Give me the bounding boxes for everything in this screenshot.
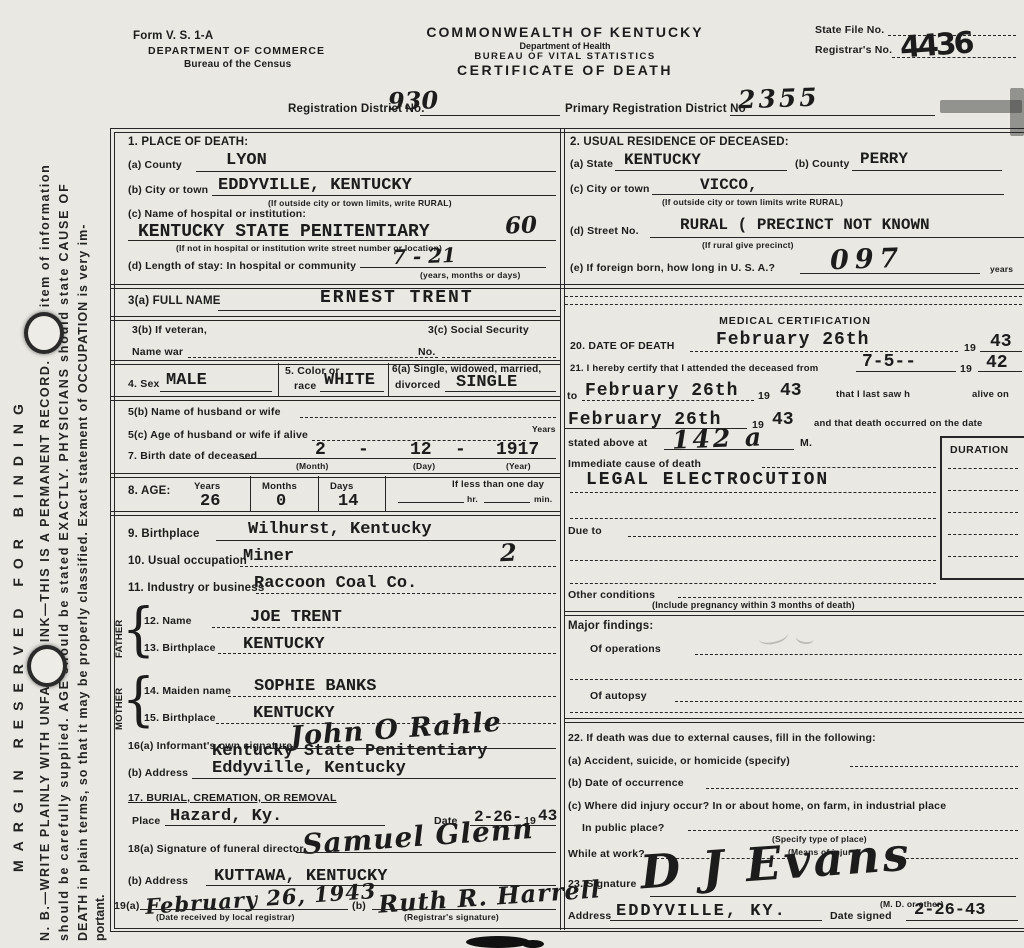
injury-where-label: (c) Where did injury occur? In or about …: [568, 800, 946, 812]
row-divider: [110, 473, 560, 478]
day-caption: (Day): [413, 461, 435, 471]
commonwealth-title: COMMONWEALTH OF KENTUCKY: [390, 24, 740, 40]
fill-line: [218, 653, 556, 654]
veteran-label: 3(b) If veteran,: [132, 324, 207, 336]
min-label: min.: [534, 494, 552, 504]
dept-commerce: DEPARTMENT OF COMMERCE: [148, 45, 325, 57]
fill-line: [948, 512, 1018, 513]
birth-month-value: 2: [315, 440, 326, 460]
mother-maiden-label: 14. Maiden name: [144, 685, 231, 697]
father-name-value: JOE TRENT: [250, 608, 342, 627]
cell-divider: [278, 363, 279, 396]
funeral-director-label: 18(a) Signature of funeral director: [128, 843, 304, 855]
fill-line: [610, 920, 822, 921]
fill-line: [615, 170, 787, 171]
foreign-born-value: 097: [829, 243, 904, 277]
due-to-label: Due to: [568, 525, 602, 537]
birth-date-label: 7. Birth date of deceased: [128, 450, 257, 462]
attended-from-19: 19: [960, 363, 972, 375]
margin-note-line5: portant.: [93, 894, 107, 941]
fill-line: [570, 583, 936, 584]
fill-line: [948, 556, 1018, 557]
city-value: EDDYVILLE, KENTUCKY: [218, 176, 412, 195]
fill-line: [664, 449, 794, 450]
fill-line: [360, 267, 546, 268]
fill-line: [650, 237, 1024, 238]
fill-line: [565, 304, 1022, 305]
city-label: (b) City or town: [128, 184, 208, 196]
age-label: 8. AGE:: [128, 485, 171, 497]
length-of-stay-label: (d) Length of stay: In hospital or commu…: [128, 260, 356, 272]
fill-line: [570, 560, 936, 561]
fill-line: [445, 391, 556, 392]
fill-line: [675, 701, 1022, 702]
fill-line: [695, 654, 1022, 655]
fill-line: [570, 712, 1022, 713]
fill-line: [706, 788, 1018, 789]
husband-wife-label: 5(b) Name of husband or wife: [128, 406, 281, 418]
birth-year-value: 1917: [496, 440, 539, 460]
fill-line: [650, 896, 1016, 897]
fill-line: [852, 170, 1002, 171]
fill-line: [582, 400, 754, 401]
attended-from-year: 42: [986, 353, 1008, 373]
other-conditions-note: (Include pregnancy within 3 months of de…: [652, 600, 855, 610]
form-number: Form V. S. 1-A: [133, 30, 213, 42]
scan-ink-blob: [466, 936, 530, 948]
street-note: (If rural give precinct): [702, 240, 794, 250]
cell-divider: [385, 476, 386, 511]
veteran-war-label: Name war: [132, 346, 183, 358]
fill-line: [228, 696, 556, 697]
row-divider: [110, 511, 560, 516]
primary-district-label: Primary Registration District No: [565, 103, 746, 115]
occurrence-date-label: (b) Date of occurrence: [568, 777, 684, 789]
date-of-death-value: February 26th: [716, 330, 869, 350]
age-years-header: Years: [194, 481, 220, 492]
fill-line: [218, 310, 556, 311]
registrar-no-value: 4436: [899, 26, 973, 66]
registration-district-value: 930: [388, 85, 439, 116]
state-label: (a) State: [570, 158, 613, 170]
fill-line: [398, 502, 464, 503]
attended-to-value: February 26th: [585, 381, 738, 401]
fill-line: [800, 273, 980, 274]
physician-address-value: EDDYVILLE, KY.: [616, 902, 787, 921]
occupation-handwritten-mark: 2: [499, 538, 517, 568]
state-file-label: State File No.: [815, 24, 884, 36]
place-of-death-title: 1. PLACE OF DEATH:: [128, 136, 248, 148]
fill-line: [240, 566, 556, 567]
section-divider: [565, 611, 1024, 616]
birthplace-value: Wilhurst, Kentucky: [248, 520, 432, 539]
immediate-cause-value: LEGAL ELECTROCUTION: [586, 470, 829, 490]
cell-divider: [388, 363, 389, 396]
last-saw-text: that I last saw h: [836, 389, 910, 400]
column-divider: [560, 128, 565, 930]
birth-dash2: -: [455, 440, 466, 460]
birth-dash: -: [358, 440, 369, 460]
sex-label: 4. Sex: [128, 378, 160, 390]
fill-line: [442, 357, 556, 358]
mother-maiden-value: SOPHIE BANKS: [254, 677, 376, 696]
fill-line: [652, 194, 1004, 195]
res-city-value: VICCO,: [700, 176, 758, 194]
year-caption: (Year): [506, 461, 531, 471]
dept-health: Department of Health: [390, 41, 740, 51]
primary-district-line: [730, 115, 935, 116]
registrar-sig-note: (Registrar's signature): [404, 912, 499, 922]
date-signed-value: 2-26-43: [914, 901, 985, 920]
father-birthplace-value: KENTUCKY: [243, 635, 325, 654]
age-months-header: Months: [262, 481, 297, 492]
fill-line: [256, 593, 556, 594]
margin-note-line3: should be carefully supplied. AGE should…: [57, 182, 71, 941]
registrar-no-label: Registrar's No.: [815, 44, 892, 56]
other-conditions-label: Other conditions: [568, 589, 655, 601]
registration-district-line: [420, 115, 560, 116]
fill-line: [320, 391, 384, 392]
fill-line: [570, 518, 936, 519]
father-name-label: 12. Name: [144, 615, 192, 627]
row-divider: [110, 396, 560, 401]
informant-address-label: (b) Address: [128, 767, 188, 779]
city-note: (If outside city or town limits, write R…: [268, 198, 452, 208]
industry-label: 11. Industry or business: [128, 582, 264, 594]
occupation-label: 10. Usual occupation: [128, 555, 247, 567]
punch-hole-bottom: [27, 645, 67, 687]
age-days-value: 14: [338, 492, 358, 511]
public-place-label: In public place?: [582, 822, 665, 834]
fill-line: [242, 458, 556, 459]
street-value: RURAL ( PRECINCT NOT KNOWN: [680, 216, 930, 234]
funeral-address-label: (b) Address: [128, 875, 188, 887]
spouse-age-label: 5(c) Age of husband or wife if alive: [128, 429, 308, 441]
fill-line: [128, 240, 556, 241]
state-value: KENTUCKY: [624, 151, 701, 169]
fill-line: [978, 371, 1022, 372]
attended-to-19: 19: [758, 390, 770, 402]
less-than-day-label: If less than one day: [452, 479, 544, 490]
date-signed-label: Date signed: [830, 910, 892, 922]
burial-label: 17. BURIAL, CREMATION, OR REMOVAL: [128, 792, 337, 804]
margin-note-line4: DEATH in plain terms, so that it may be …: [76, 224, 90, 941]
fill-line: [484, 502, 530, 503]
alive-on-text: alive on: [972, 389, 1009, 400]
full-name-label: 3(a) FULL NAME: [128, 295, 221, 307]
foreign-born-suffix: years: [990, 264, 1013, 274]
race-value: WHITE: [324, 371, 375, 390]
major-findings-label: Major findings:: [568, 620, 653, 632]
residence-title: 2. USUAL RESIDENCE OF DECEASED:: [570, 136, 789, 148]
stated-m-label: M.: [800, 437, 812, 449]
fill-line: [948, 468, 1018, 469]
occupation-value: Miner: [243, 547, 294, 566]
medical-certification-title: MEDICAL CERTIFICATION: [690, 315, 900, 327]
certify-label: 21. I hereby certify that I attended the…: [570, 363, 818, 374]
father-birthplace-label: 13. Birthplace: [144, 642, 216, 654]
length-of-stay-value: 7 - 21: [392, 243, 457, 269]
fill-line: [296, 852, 556, 853]
margin-binding-note: MARGIN RESERVED FOR BINDING: [10, 395, 26, 872]
fill-line: [678, 597, 1022, 598]
social-security-label: 3(c) Social Security: [428, 324, 529, 336]
death-certificate-scan: MARGIN RESERVED FOR BINDING N. B.—WRITE …: [0, 0, 1024, 948]
fill-line: [628, 536, 936, 537]
foreign-born-label: (e) If foreign born, how long in U. S. A…: [570, 262, 775, 274]
date-of-death-label: 20. DATE OF DEATH: [570, 340, 675, 352]
fill-line: [196, 171, 556, 172]
duration-title: DURATION: [950, 444, 1009, 456]
age-days-header: Days: [330, 481, 354, 492]
physician-address-label: Address: [568, 910, 611, 922]
bureau-vital-statistics: BUREAU OF VITAL STATISTICS: [390, 51, 740, 62]
burial-date-year: 43: [538, 807, 557, 825]
fill-line: [372, 909, 556, 910]
fill-line: [980, 351, 1022, 352]
street-label: (d) Street No.: [570, 225, 639, 237]
stated-above-label: stated above at: [568, 437, 647, 449]
fill-line: [188, 357, 438, 358]
primary-district-value: 2355: [738, 83, 821, 115]
birth-day-value: 12: [410, 440, 432, 460]
death-occurred-text: and that death occurred on the date: [814, 418, 983, 429]
sex-value: MALE: [166, 371, 207, 390]
fill-line: [212, 627, 556, 628]
fill-line: [212, 195, 556, 196]
attended-from-value: 7-5--: [862, 352, 916, 372]
informant-address-value: Eddyville, Kentucky: [212, 759, 406, 778]
of-autopsy-label: Of autopsy: [590, 690, 647, 702]
fill-line: [192, 778, 556, 779]
age-years-value: 26: [200, 492, 220, 511]
fill-line: [896, 858, 1018, 859]
to-label: to: [567, 390, 577, 402]
month-caption: (Month): [296, 461, 329, 471]
external-causes-label: 22. If death was due to external causes,…: [568, 732, 876, 744]
industry-value: Raccoon Coal Co.: [254, 574, 417, 593]
res-county-value: PERRY: [860, 150, 908, 168]
accident-label: (a) Accident, suicide, or homicide (spec…: [568, 755, 790, 767]
county-value: LYON: [226, 151, 267, 170]
scan-ink-blob: [522, 940, 544, 948]
marital-value: SINGLE: [456, 373, 517, 392]
res-city-label: (c) City or town: [570, 183, 650, 195]
fill-line: [948, 490, 1018, 491]
county-label: (a) County: [128, 159, 182, 171]
race-label2: race: [294, 380, 316, 392]
spouse-age-suffix: Years: [532, 424, 556, 434]
fill-line: [300, 417, 556, 418]
duration-box: DURATION: [940, 436, 1024, 580]
res-county-label: (b) County: [795, 158, 850, 170]
fill-line: [570, 492, 936, 493]
last-saw-year: 43: [772, 410, 794, 430]
while-at-work-label: While at work?: [568, 848, 645, 860]
fill-line: [690, 351, 958, 352]
fill-line: [948, 534, 1018, 535]
registrar-sig-label: (b): [352, 900, 366, 912]
date-of-death-19: 19: [964, 342, 976, 354]
birthplace-label: 9. Birthplace: [128, 528, 200, 540]
hr-label: hr.: [467, 494, 478, 504]
section-divider: [565, 718, 1024, 723]
mother-birthplace-label: 15. Birthplace: [144, 712, 216, 724]
res-city-note: (If outside city or town limits write RU…: [662, 197, 843, 207]
certificate-title: CERTIFICATE OF DEATH: [390, 62, 740, 78]
attended-to-year: 43: [780, 381, 802, 401]
hospital-label: (c) Name of hospital or institution:: [128, 208, 306, 220]
bureau-census: Bureau of the Census: [184, 59, 291, 70]
punch-hole-top: [24, 312, 64, 354]
date-of-death-year: 43: [990, 332, 1012, 352]
hospital-value: KENTUCKY STATE PENITENTIARY: [138, 222, 430, 242]
received-label: 19(a): [114, 900, 140, 912]
length-of-stay-note: (years, months or days): [420, 270, 521, 280]
physician-signature-label: 23. Signature: [568, 878, 637, 890]
immediate-cause-label: Immediate cause of death: [568, 458, 701, 470]
fill-line: [565, 296, 1022, 297]
hospital-handwritten-number: 60: [505, 211, 538, 239]
fill-line: [160, 391, 272, 392]
marital-label2: divorced: [395, 379, 440, 391]
received-note: (Date received by local registrar): [156, 912, 295, 922]
age-months-value: 0: [276, 492, 286, 511]
full-name-value: ERNEST TRENT: [320, 288, 474, 308]
of-operations-label: Of operations: [590, 643, 661, 655]
fill-line: [762, 467, 936, 468]
fill-line: [140, 909, 348, 910]
fill-line: [856, 371, 956, 372]
margin-note-line2: N. B.—WRITE PLAINLY WITH UNFADING INK—TH…: [38, 164, 52, 941]
cell-divider: [318, 476, 319, 511]
fill-line: [906, 920, 1018, 921]
burial-place-label: Place: [132, 815, 160, 827]
burial-place-value: Hazard, Ky.: [170, 807, 282, 826]
fill-line: [850, 766, 1018, 767]
cell-divider: [250, 476, 251, 511]
fill-line: [570, 679, 1022, 680]
row-divider: [110, 316, 560, 321]
section-divider: [110, 284, 1024, 289]
social-security-no-label: No.: [418, 346, 436, 358]
